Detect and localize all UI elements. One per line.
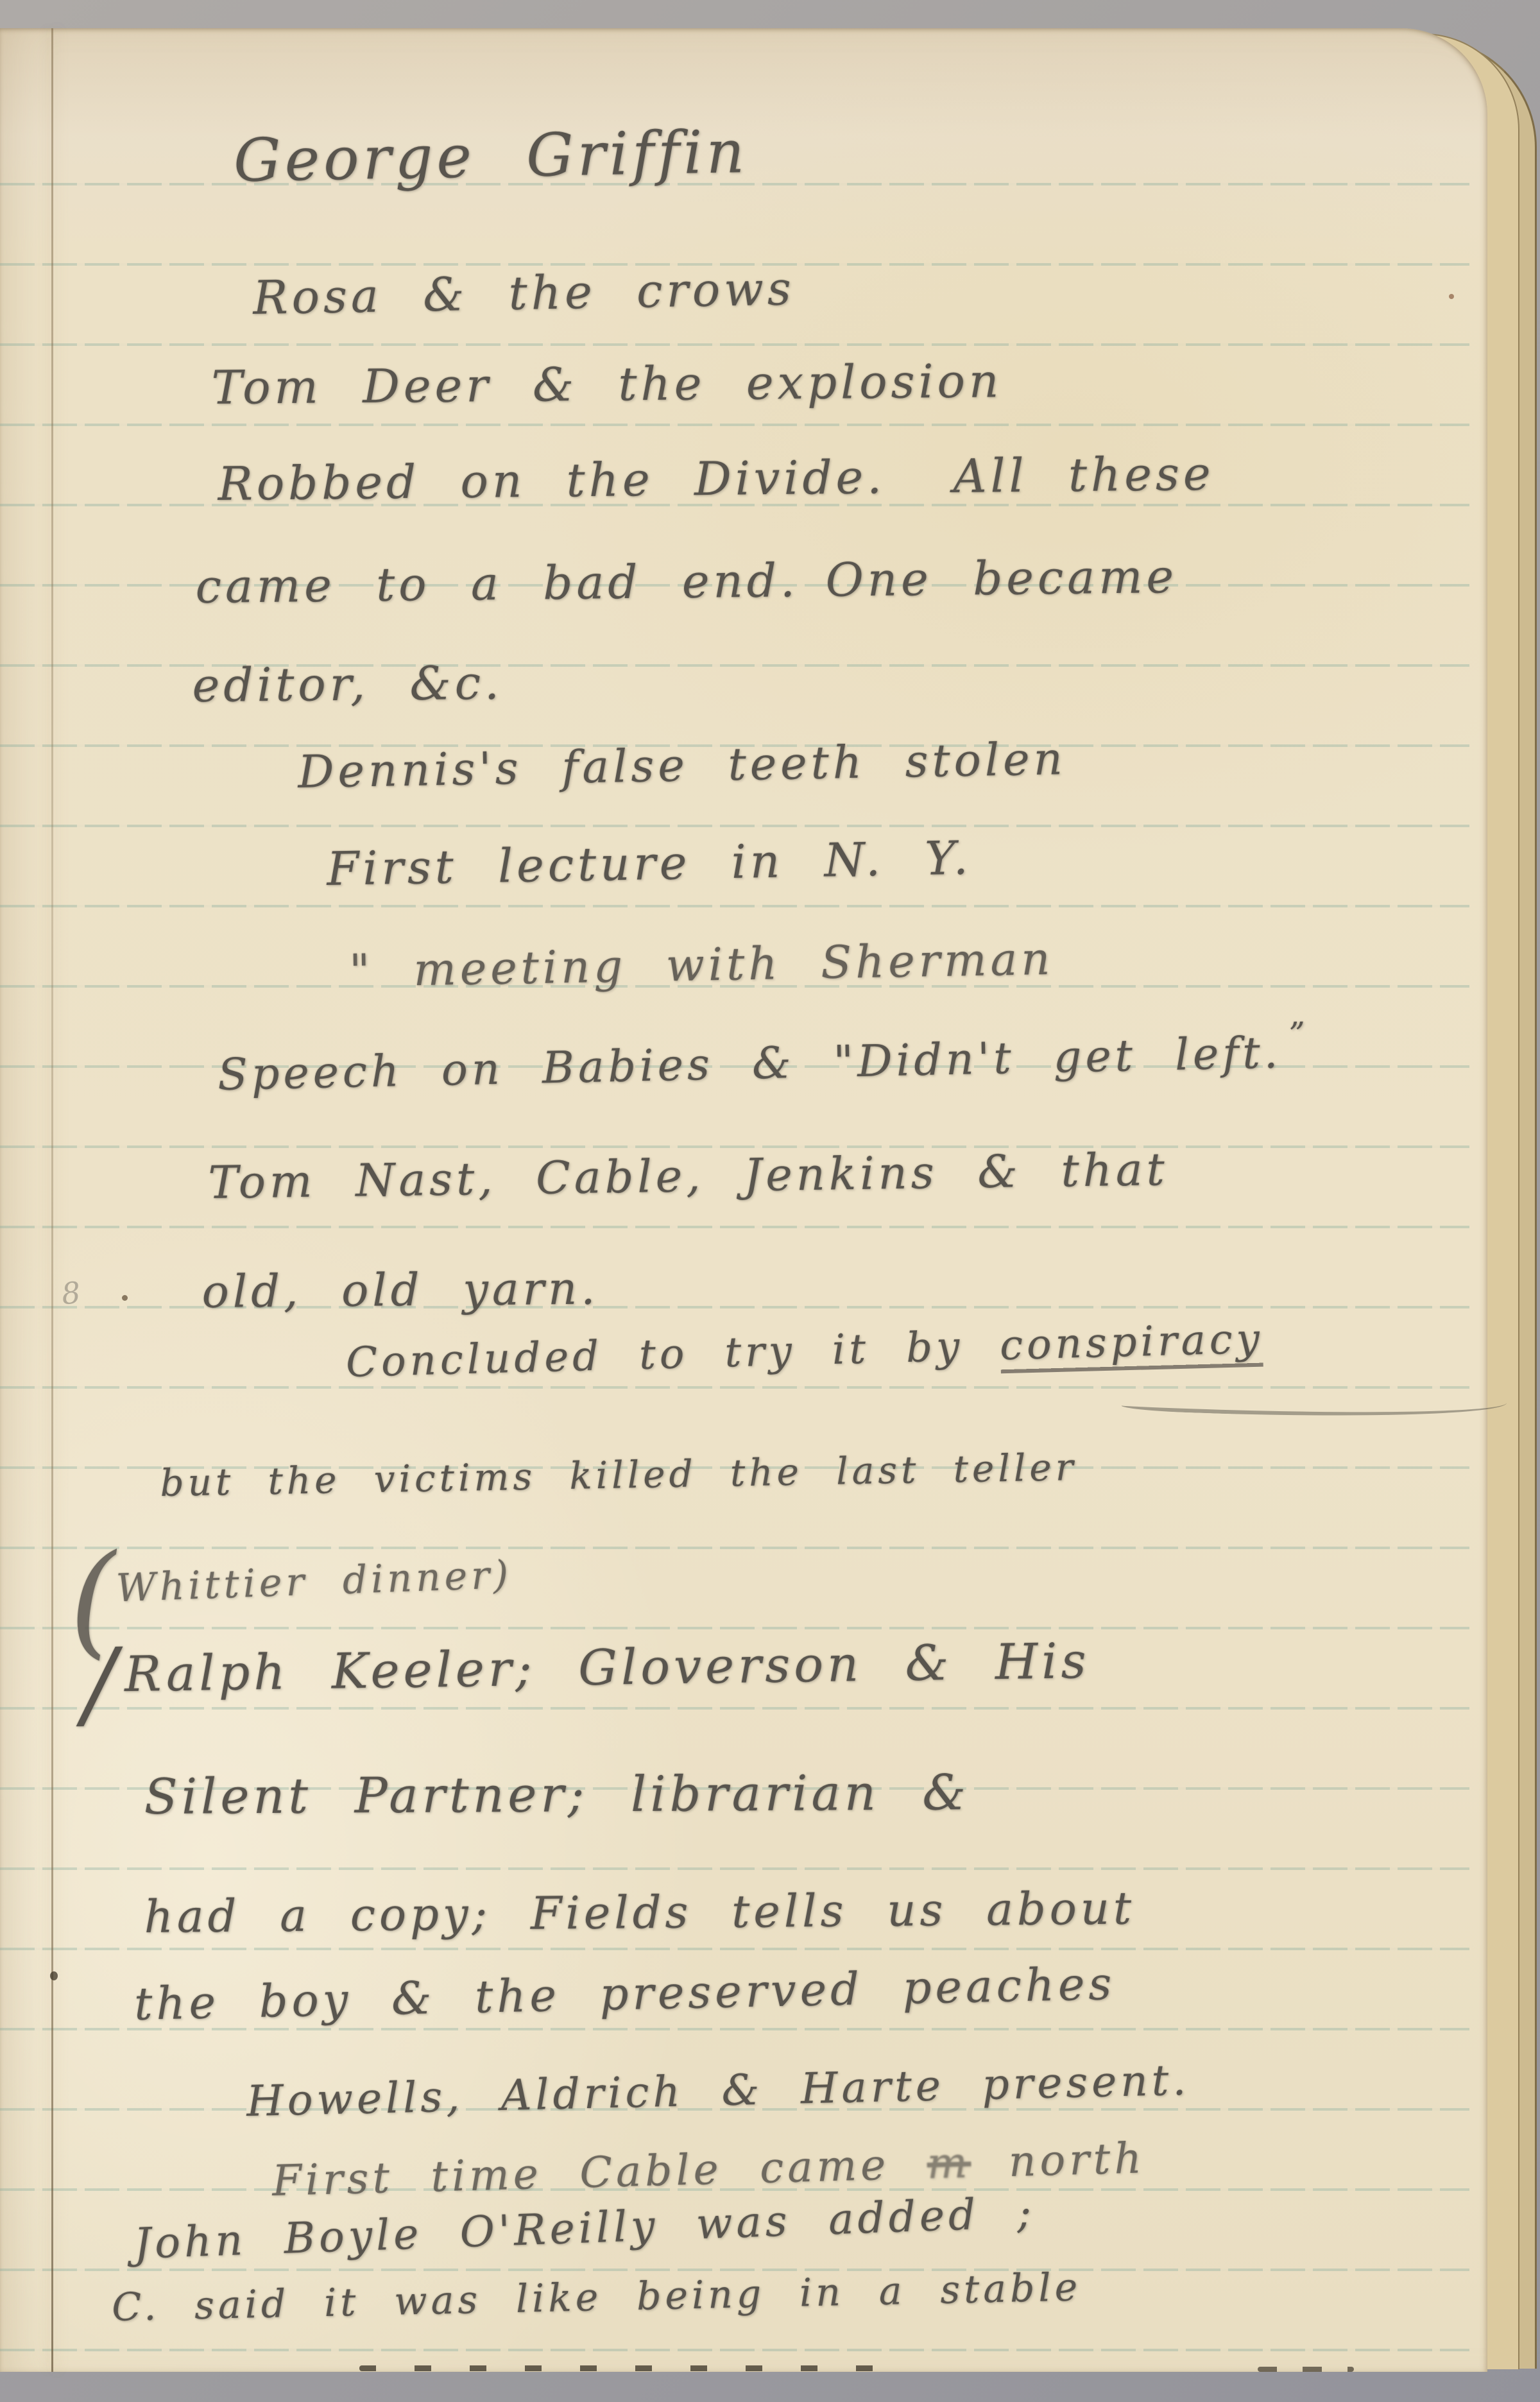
scan-backdrop: { "colors": { "backdrop_gray": "#a3a1a2"…: [0, 0, 1540, 2402]
line-text: Robbed on the Divide. All these: [218, 447, 1215, 511]
line-ralph-keeler-gloverson: /Ralph Keeler; Gloverson & His: [83, 1636, 1090, 1699]
line-text: came to a bad end. One became: [195, 549, 1177, 613]
line-robbed-divide: Robbed on the Divide. All these: [218, 450, 1215, 507]
line-tom-nast-cable-jenkins: Tom Nast, Cable, Jenkins & that: [208, 1147, 1168, 1205]
line-text: north: [970, 2133, 1145, 2187]
line-text: editor, &c.: [192, 656, 503, 712]
margin-mark: 8: [60, 1275, 82, 1312]
paper-speck: [1449, 294, 1454, 299]
line-came-to-bad-end: came to a bad end. One became: [195, 553, 1177, 610]
line-text: Silent Partner; librarian &: [144, 1763, 970, 1825]
bottom-edge-specks: [359, 2365, 886, 2371]
line-text: George Griffin: [233, 117, 748, 195]
struck-out-word: m: [927, 2138, 972, 2189]
underlined-word: conspiracy: [999, 1316, 1263, 1370]
paper-speck: [50, 1971, 58, 1980]
line-editor-etc: editor, &c.: [192, 660, 503, 708]
line-silent-partner-librarian: Silent Partner; librarian &: [144, 1768, 970, 1821]
line-text: First lecture in N. Y.: [327, 830, 973, 896]
line-meeting-with-sherman: " meeting with Sherman: [349, 936, 1054, 993]
line-dennis-false-teeth: Dennis's false teeth stolen: [298, 736, 1066, 794]
line-old-old-yarn: old, old yarn.: [201, 1266, 599, 1314]
line-text: had a copy; Fields tells us about: [144, 1882, 1135, 1943]
line-text: old, old yarn.: [201, 1262, 599, 1318]
line-george-griffin: George Griffin: [233, 123, 748, 191]
bottom-edge-specks: [1258, 2367, 1354, 2372]
raised-close-quote: ”: [1288, 1015, 1309, 1052]
line-text: Tom Deer & the explosion: [211, 354, 1002, 415]
line-had-a-copy-fields: had a copy; Fields tells us about: [144, 1886, 1135, 1939]
paper-speck: [122, 1295, 128, 1301]
line-tom-deer-explosion: Tom Deer & the explosion: [211, 357, 1002, 411]
line-text: Rosa & the crows: [253, 261, 796, 325]
line-rosa-crows: Rosa & the crows: [253, 265, 796, 321]
line-first-lecture-ny: First lecture in N. Y.: [327, 834, 972, 892]
slash-mark: /: [82, 1628, 116, 1740]
gutter-crease: [51, 28, 53, 2372]
